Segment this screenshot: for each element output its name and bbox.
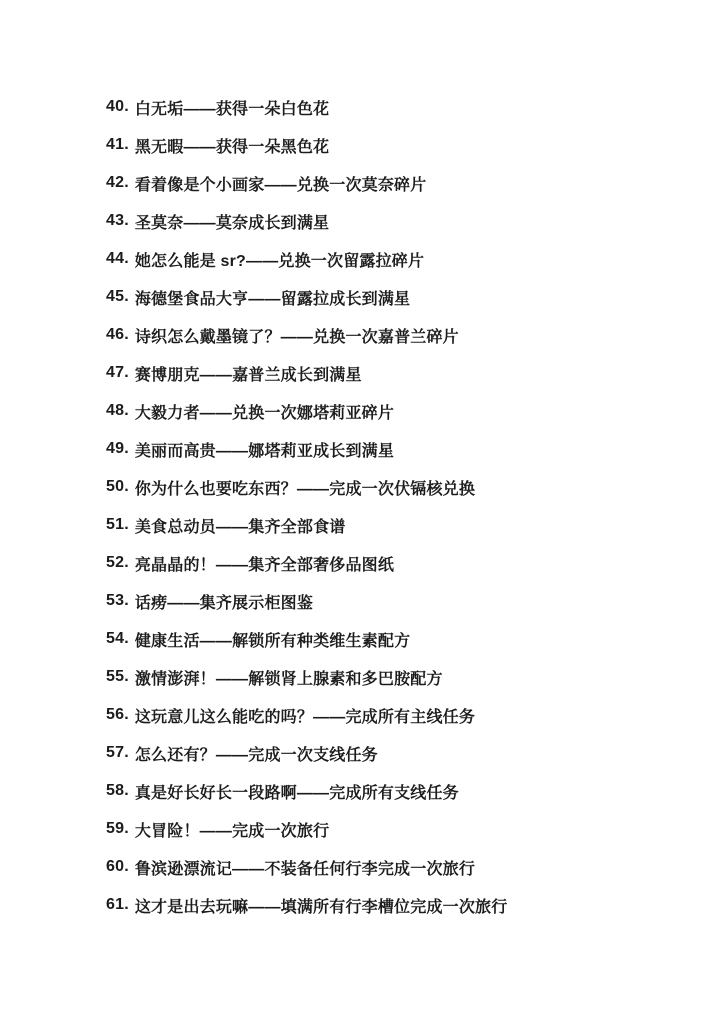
- document-page: 40. 白无垢——获得一朵白色花 41. 黑无暇——获得一朵黑色花 42. 看着…: [0, 0, 720, 1019]
- achievement-title: 怎么还有？: [135, 747, 216, 764]
- dash-separator: ——: [297, 481, 329, 498]
- achievement-requirement: 完成所有主线任务: [345, 709, 475, 726]
- dash-separator: ——: [216, 519, 248, 536]
- achievement-number: 61.: [106, 896, 129, 914]
- achievement-requirement: 兑换一次留露拉碎片: [278, 253, 424, 270]
- achievement-title: 亮晶晶的！: [135, 557, 216, 574]
- achievement-item: 41. 黑无暇——获得一朵黑色花: [106, 126, 690, 164]
- dash-separator: ——: [200, 823, 232, 840]
- achievement-text: 大冒险！——完成一次旅行: [135, 818, 329, 841]
- achievement-item: 42. 看着像是个小画家——兑换一次莫奈碎片: [106, 164, 690, 202]
- achievement-title: 大毅力者: [135, 405, 200, 422]
- achievement-title: 美食总动员: [135, 519, 216, 536]
- achievement-text: 圣莫奈——莫奈成长到满星: [135, 210, 329, 233]
- achievement-text: 看着像是个小画家——兑换一次莫奈碎片: [135, 172, 427, 195]
- achievement-text: 亮晶晶的！——集齐全部奢侈品图纸: [135, 552, 394, 575]
- dash-separator: ——: [183, 139, 215, 156]
- achievement-number: 46.: [106, 326, 129, 344]
- achievement-requirement: 集齐展示柜图鉴: [200, 595, 313, 612]
- achievement-requirement: 完成一次旅行: [232, 823, 329, 840]
- achievement-text: 这才是出去玩嘛——填满所有行李槽位完成一次旅行: [135, 894, 508, 917]
- achievement-item: 43. 圣莫奈——莫奈成长到满星: [106, 202, 690, 240]
- achievement-text: 她怎么能是 sr?——兑换一次留露拉碎片: [135, 248, 424, 271]
- achievement-requirement: 兑换一次娜塔莉亚碎片: [232, 405, 394, 422]
- achievement-item: 53. 话痨——集齐展示柜图鉴: [106, 582, 690, 620]
- achievement-text: 海德堡食品大亨——留露拉成长到满星: [135, 286, 410, 309]
- achievement-title: 大冒险！: [135, 823, 200, 840]
- achievement-number: 50.: [106, 478, 129, 496]
- dash-separator: ——: [200, 405, 232, 422]
- achievement-requirement: 兑换一次嘉普兰碎片: [313, 329, 459, 346]
- achievement-item: 47. 赛博朋克——嘉普兰成长到满星: [106, 354, 690, 392]
- achievement-number: 56.: [106, 706, 129, 724]
- achievement-requirement: 解锁所有种类维生素配方: [232, 633, 410, 650]
- achievement-item: 54. 健康生活——解锁所有种类维生素配方: [106, 620, 690, 658]
- achievement-title: 黑无暇: [135, 139, 184, 156]
- achievement-text: 你为什么也要吃东西？——完成一次伏镉核兑换: [135, 476, 475, 499]
- dash-separator: ——: [200, 633, 232, 650]
- achievement-requirement: 集齐全部奢侈品图纸: [248, 557, 394, 574]
- achievement-title: 这玩意儿这么能吃的吗？: [135, 709, 313, 726]
- achievement-item: 58. 真是好长好长一段路啊——完成所有支线任务: [106, 772, 690, 810]
- achievement-text: 这玩意儿这么能吃的吗？——完成所有主线任务: [135, 704, 475, 727]
- achievement-number: 54.: [106, 630, 129, 648]
- dash-separator: ——: [232, 861, 264, 878]
- achievement-requirement: 完成所有支线任务: [329, 785, 459, 802]
- achievement-text: 黑无暇——获得一朵黑色花: [135, 134, 329, 157]
- achievement-number: 52.: [106, 554, 129, 572]
- achievement-title: 你为什么也要吃东西？: [135, 481, 297, 498]
- dash-separator: ——: [248, 899, 280, 916]
- achievement-title: 话痨: [135, 595, 167, 612]
- achievement-number: 41.: [106, 136, 129, 154]
- achievement-requirement: 获得一朵黑色花: [216, 139, 329, 156]
- achievement-item: 49. 美丽而高贵——娜塔莉亚成长到满星: [106, 430, 690, 468]
- achievement-item: 57. 怎么还有？——完成一次支线任务: [106, 734, 690, 772]
- achievement-text: 健康生活——解锁所有种类维生素配方: [135, 628, 410, 651]
- achievement-requirement: 嘉普兰成长到满星: [232, 367, 362, 384]
- dash-separator: ——: [248, 291, 280, 308]
- achievement-text: 赛博朋克——嘉普兰成长到满星: [135, 362, 362, 385]
- achievement-requirement: 完成一次伏镉核兑换: [329, 481, 475, 498]
- achievement-text: 白无垢——获得一朵白色花: [135, 96, 329, 119]
- dash-separator: ——: [216, 671, 248, 688]
- dash-separator: ——: [216, 557, 248, 574]
- achievement-text: 鲁滨逊漂流记——不装备任何行李完成一次旅行: [135, 856, 475, 879]
- dash-separator: ——: [246, 253, 278, 270]
- dash-separator: ——: [281, 329, 313, 346]
- achievement-text: 大毅力者——兑换一次娜塔莉亚碎片: [135, 400, 394, 423]
- achievement-number: 47.: [106, 364, 129, 382]
- achievement-text: 美丽而高贵——娜塔莉亚成长到满星: [135, 438, 394, 461]
- achievement-number: 58.: [106, 782, 129, 800]
- achievement-number: 45.: [106, 288, 129, 306]
- achievement-number: 57.: [106, 744, 129, 762]
- achievement-title: 这才是出去玩嘛: [135, 899, 248, 916]
- achievement-number: 48.: [106, 402, 129, 420]
- achievement-requirement: 集齐全部食谱: [248, 519, 345, 536]
- achievement-requirement: 兑换一次莫奈碎片: [297, 177, 427, 194]
- achievement-number: 53.: [106, 592, 129, 610]
- achievement-item: 48. 大毅力者——兑换一次娜塔莉亚碎片: [106, 392, 690, 430]
- achievement-text: 话痨——集齐展示柜图鉴: [135, 590, 313, 613]
- achievement-title: 赛博朋克: [135, 367, 200, 384]
- achievement-text: 美食总动员——集齐全部食谱: [135, 514, 346, 537]
- achievement-requirement: 不装备任何行李完成一次旅行: [264, 861, 475, 878]
- achievement-number: 51.: [106, 516, 129, 534]
- achievement-item: 46. 诗织怎么戴墨镜了？——兑换一次嘉普兰碎片: [106, 316, 690, 354]
- achievement-title: 真是好长好长一段路啊: [135, 785, 297, 802]
- achievement-title: 看着像是个小画家: [135, 177, 265, 194]
- achievement-number: 59.: [106, 820, 129, 838]
- achievement-number: 40.: [106, 98, 129, 116]
- dash-separator: ——: [183, 215, 215, 232]
- achievement-requirement: 留露拉成长到满星: [281, 291, 411, 308]
- dash-separator: ——: [297, 785, 329, 802]
- achievement-title: 鲁滨逊漂流记: [135, 861, 232, 878]
- achievement-requirement: 获得一朵白色花: [216, 101, 329, 118]
- achievement-item: 52. 亮晶晶的！——集齐全部奢侈品图纸: [106, 544, 690, 582]
- achievement-item: 40. 白无垢——获得一朵白色花: [106, 88, 690, 126]
- achievement-title: 美丽而高贵: [135, 443, 216, 460]
- achievement-text: 真是好长好长一段路啊——完成所有支线任务: [135, 780, 459, 803]
- achievement-requirement: 娜塔莉亚成长到满星: [248, 443, 394, 460]
- achievement-text: 怎么还有？——完成一次支线任务: [135, 742, 378, 765]
- dash-separator: ——: [183, 101, 215, 118]
- achievement-text: 诗织怎么戴墨镜了？——兑换一次嘉普兰碎片: [135, 324, 459, 347]
- achievement-number: 60.: [106, 858, 129, 876]
- achievement-title: 诗织怎么戴墨镜了？: [135, 329, 281, 346]
- achievement-item: 45. 海德堡食品大亨——留露拉成长到满星: [106, 278, 690, 316]
- achievement-item: 55. 激情澎湃！——解锁肾上腺素和多巴胺配方: [106, 658, 690, 696]
- achievement-number: 44.: [106, 250, 129, 268]
- dash-separator: ——: [216, 747, 248, 764]
- achievement-title: 圣莫奈: [135, 215, 184, 232]
- achievement-number: 43.: [106, 212, 129, 230]
- achievement-title: 白无垢: [135, 101, 184, 118]
- achievement-requirement: 填满所有行李槽位完成一次旅行: [281, 899, 508, 916]
- achievement-title: 海德堡食品大亨: [135, 291, 248, 308]
- achievement-requirement: 莫奈成长到满星: [216, 215, 329, 232]
- achievement-title: 激情澎湃！: [135, 671, 216, 688]
- achievement-item: 61. 这才是出去玩嘛——填满所有行李槽位完成一次旅行: [106, 886, 690, 924]
- achievement-item: 59. 大冒险！——完成一次旅行: [106, 810, 690, 848]
- achievement-item: 44. 她怎么能是 sr?——兑换一次留露拉碎片: [106, 240, 690, 278]
- dash-separator: ——: [264, 177, 296, 194]
- achievement-number: 49.: [106, 440, 129, 458]
- achievement-item: 56. 这玩意儿这么能吃的吗？——完成所有主线任务: [106, 696, 690, 734]
- dash-separator: ——: [216, 443, 248, 460]
- achievement-title: 她怎么能是 sr?: [135, 253, 246, 270]
- dash-separator: ——: [200, 367, 232, 384]
- achievement-text: 激情澎湃！——解锁肾上腺素和多巴胺配方: [135, 666, 443, 689]
- achievement-item: 60. 鲁滨逊漂流记——不装备任何行李完成一次旅行: [106, 848, 690, 886]
- achievement-title: 健康生活: [135, 633, 200, 650]
- achievement-requirement: 解锁肾上腺素和多巴胺配方: [248, 671, 442, 688]
- achievement-number: 55.: [106, 668, 129, 686]
- achievement-item: 51. 美食总动员——集齐全部食谱: [106, 506, 690, 544]
- dash-separator: ——: [167, 595, 199, 612]
- achievement-requirement: 完成一次支线任务: [248, 747, 378, 764]
- achievement-number: 42.: [106, 174, 129, 192]
- achievement-list: 40. 白无垢——获得一朵白色花 41. 黑无暇——获得一朵黑色花 42. 看着…: [0, 0, 720, 924]
- dash-separator: ——: [313, 709, 345, 726]
- achievement-item: 50. 你为什么也要吃东西？——完成一次伏镉核兑换: [106, 468, 690, 506]
